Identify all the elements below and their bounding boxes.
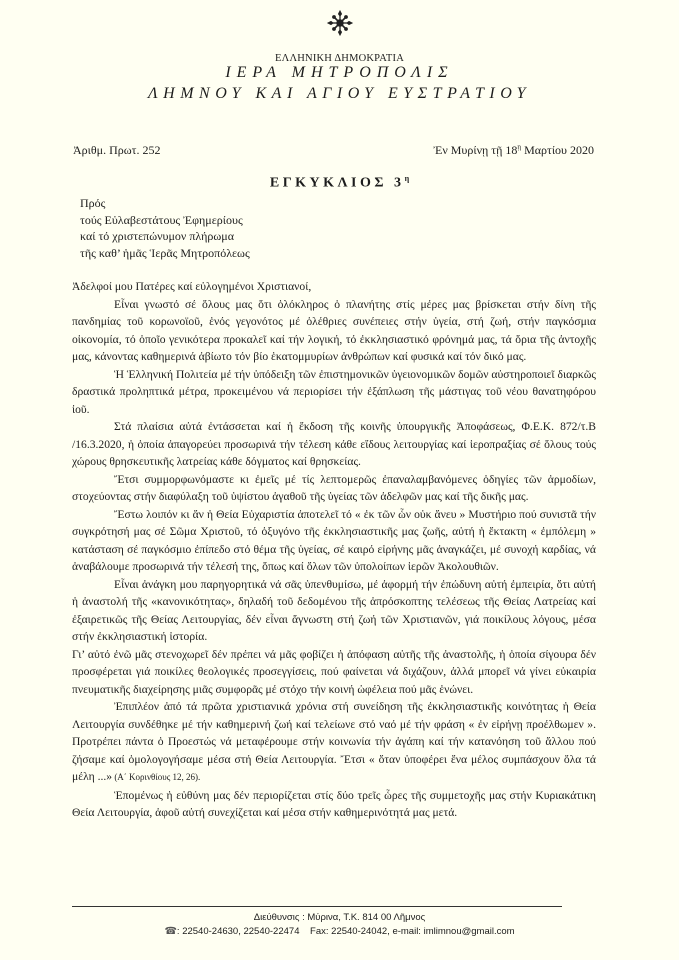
protocol-number: Ἀριθμ. Πρωτ. 252 [73, 143, 160, 158]
paragraph-text: Ἐπιπλέον ἀπό τά πρῶτα χριστιανικά χρόνια… [72, 700, 596, 783]
paragraph: Ἑπομένως ἡ εὐθύνη μας δέν περιορίζεται σ… [72, 787, 596, 822]
date-suffix: Μαρτίου 2020 [521, 143, 594, 157]
footer-address: Διεύθυνσις : Μύρινα, Τ.Κ. 814 00 Λῆμνος [0, 912, 679, 923]
paragraph: Ἔστω λοιπόν κι ἄν ἡ Θεία Εὐχαριστία ἀποτ… [72, 506, 596, 576]
title-superscript: η [405, 174, 410, 183]
paragraph: Γι’ αὐτό ἐνῶ μᾶς στενοχωρεῖ δέν πρέπει ν… [72, 646, 596, 699]
orthodox-cross-ornament-icon [326, 9, 354, 37]
letter-date: Ἐν Μυρίνῃ τῇ 18ῃ Μαρτίου 2020 [433, 143, 594, 158]
paragraph-with-reference: Ἐπιπλέον ἀπό τά πρῶτα χριστιανικά χρόνια… [72, 698, 596, 787]
addressee-line: τούς Εὐλαβεστάτους Ἐφημερίους [80, 212, 250, 229]
letter-body: Ἀδελφοί μου Πατέρες καί εὐλογημένοι Χρισ… [72, 278, 596, 822]
header-region: ΛΗΜΝΟΥ ΚΑΙ ΑΓΙΟΥ ΕΥΣΤΡΑΤΙΟΥ [0, 85, 679, 103]
addressee-line: Πρός [80, 195, 250, 212]
salutation: Ἀδελφοί μου Πατέρες καί εὐλογημένοι Χρισ… [72, 278, 596, 296]
paragraph: Εἶναι ἀνάγκη μου παρηγορητικά νά σᾶς ὑπε… [72, 576, 596, 646]
paragraph: Ἡ Ἑλληνική Πολιτεία μέ τήν ὑπόδειξη τῶν … [72, 366, 596, 419]
footer-contact: ☎: 22540-24630, 22540-22474 Fax: 22540-2… [0, 926, 679, 937]
addressee-line: καί τό χριστεπώνυμον πλήρωμα [80, 228, 250, 245]
paragraph: Στά πλαίσια αὐτά ἐντάσσεται καί ἡ ἔκδοση… [72, 418, 596, 471]
paragraph: Εἶναι γνωστό σέ ὅλους μας ὅτι ὁλόκληρος … [72, 296, 596, 366]
footer-email[interactable]: imlimnou@gmail.com [424, 926, 515, 937]
paragraph: Ἔτσι συμμορφωνόμαστε κι ἐμεῖς μέ τίς λεπ… [72, 471, 596, 506]
header-republic: ΕΛΛΗΝΙΚΗ ΔΗΜΟΚΡΑΤΙΑ [0, 53, 679, 64]
header-metropolis: ΙΕΡΑ ΜΗΤΡΟΠΟΛΙΣ [0, 64, 679, 82]
footer-phones: : 22540-24630, 22540-22474 [177, 926, 300, 937]
addressee-line: τῆς καθ’ ἡμᾶς Ἱερᾶς Μητροπόλεως [80, 245, 250, 262]
telephone-icon: ☎ [164, 926, 176, 937]
footer-fax: Fax: 22540-24042, e-mail: [310, 926, 424, 937]
scripture-reference: (Α΄ Κορινθίους 12, 26). [112, 772, 200, 782]
addressee-block: Πρός τούς Εὐλαβεστάτους Ἐφημερίους καί τ… [80, 195, 250, 261]
footer-divider [72, 906, 562, 907]
date-prefix: Ἐν Μυρίνῃ τῇ 18 [433, 143, 517, 157]
title-text: ΕΓΚΥΚΛΙΟΣ 3 [270, 176, 405, 191]
document-title: ΕΓΚΥΚΛΙΟΣ 3η [0, 174, 679, 192]
